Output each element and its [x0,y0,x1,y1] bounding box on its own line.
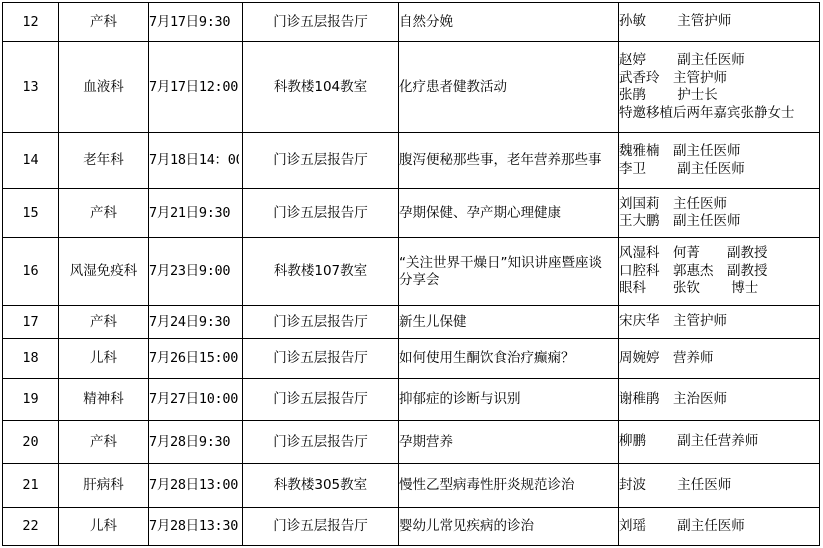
speaker-line: 武香玲 主管护师 [619,70,819,88]
cell-department-text: 产科 [90,205,117,221]
cell-time[interactable]: 7月27日10:00 [149,379,243,421]
cell-location[interactable]: 门诊五层报告厅 [243,189,399,238]
cell-number[interactable]: 19 [3,379,59,421]
table-row: 20产科7月28日9:30门诊五层报告厅孕期营养柳鹏 副主任营养师 [3,421,820,464]
cell-number-text: 15 [22,205,38,221]
cell-location-text: 门诊五层报告厅 [273,434,368,450]
cell-department[interactable]: 老年科 [59,133,149,189]
table-row: 13血液科7月17日12:00科教楼104教室化疗患者健教活动赵婷 副主任医师武… [3,42,820,133]
cell-topic[interactable]: 抑郁症的诊断与识别 [399,379,619,421]
speaker-line: 封波 主任医师 [619,477,819,495]
cell-department-text: 精神科 [83,391,124,407]
cell-department-text: 产科 [90,314,117,330]
cell-speakers[interactable]: 谢稚鹃 主治医师 [619,379,820,421]
table-row: 19精神科7月27日10:00门诊五层报告厅抑郁症的诊断与识别谢稚鹃 主治医师 [3,379,820,421]
cell-speakers[interactable]: 柳鹏 副主任营养师 [619,421,820,464]
cell-department-text: 儿科 [90,350,117,366]
cell-department-text: 血液科 [83,79,124,95]
cell-number-text: 12 [22,14,38,30]
cell-time[interactable]: 7月24日9:30 [149,306,243,339]
speaker-line: 宋庆华 主管护师 [619,313,819,331]
cell-topic[interactable]: 自然分娩 [399,3,619,42]
cell-location-text: 门诊五层报告厅 [273,314,368,330]
cell-topic[interactable]: 如何使用生酮饮食治疗癫痫？ [399,339,619,379]
cell-speakers[interactable]: 刘瑶 副主任医师 [619,508,820,546]
cell-time[interactable]: 7月17日12:00 [149,42,243,133]
table-row: 22儿科7月28日13:30门诊五层报告厅婴幼儿常见疾病的诊治刘瑶 副主任医师 [3,508,820,546]
table-row: 15产科7月21日9:30门诊五层报告厅孕期保健、孕产期心理健康刘国莉 主任医师… [3,189,820,238]
table-row: 21肝病科7月28日13:00科教楼305教室慢性乙型病毒性肝炎规范诊治封波 主… [3,464,820,508]
cell-time[interactable]: 7月28日13:00 [149,464,243,508]
cell-location-text: 门诊五层报告厅 [273,518,368,534]
cell-department[interactable]: 精神科 [59,379,149,421]
cell-time[interactable]: 7月28日13:30 [149,508,243,546]
cell-speakers[interactable]: 孙敏 主管护师 [619,3,820,42]
cell-location-text: 科教楼107教室 [274,263,367,279]
speaker-line: 眼科 张钦 博士 [619,280,819,298]
cell-location-text: 门诊五层报告厅 [273,205,368,221]
cell-topic-text: 婴幼儿常见疾病的诊治 [399,518,611,535]
cell-number[interactable]: 17 [3,306,59,339]
cell-department[interactable]: 风湿免疫科 [59,238,149,306]
cell-time-text: 7月28日13:00 [149,477,239,494]
cell-time[interactable]: 7月28日9:30 [149,421,243,464]
table-row: 17产科7月24日9:30门诊五层报告厅新生儿保健宋庆华 主管护师 [3,306,820,339]
cell-time[interactable]: 7月17日9:30 [149,3,243,42]
cell-number[interactable]: 20 [3,421,59,464]
cell-time-text: 7月24日9:30 [149,314,239,331]
speaker-line: 刘瑶 副主任医师 [619,518,819,536]
cell-department[interactable]: 产科 [59,306,149,339]
cell-department[interactable]: 产科 [59,3,149,42]
cell-location-text: 门诊五层报告厅 [273,350,368,366]
cell-number-text: 17 [22,314,38,330]
cell-topic-text: 自然分娩 [399,14,611,31]
cell-topic[interactable]: 慢性乙型病毒性肝炎规范诊治 [399,464,619,508]
speaker-line: 口腔科 郭惠杰 副教授 [619,263,819,281]
cell-time-text: 7月23日9:00 [149,263,239,280]
speaker-line: 周婉婷 营养师 [619,350,819,368]
cell-time[interactable]: 7月18日14：00 [149,133,243,189]
cell-department-text: 儿科 [90,518,117,534]
cell-number-text: 16 [22,263,38,279]
cell-location[interactable]: 科教楼107教室 [243,238,399,306]
cell-location[interactable]: 门诊五层报告厅 [243,306,399,339]
cell-time-text: 7月28日13:30 [149,518,239,535]
cell-location[interactable]: 门诊五层报告厅 [243,421,399,464]
cell-department[interactable]: 儿科 [59,508,149,546]
cell-location[interactable]: 科教楼104教室 [243,42,399,133]
cell-department-text: 产科 [90,434,117,450]
cell-topic-text: 孕期营养 [399,434,611,451]
table-row: 14老年科7月18日14：00门诊五层报告厅腹泻便秘那些事，老年营养那些事魏雅楠… [3,133,820,189]
cell-speakers[interactable]: 宋庆华 主管护师 [619,306,820,339]
speaker-line: 柳鹏 副主任营养师 [619,433,819,451]
cell-department[interactable]: 产科 [59,421,149,464]
cell-location-text: 门诊五层报告厅 [273,152,368,168]
cell-number-text: 13 [22,79,38,95]
cell-topic[interactable]: 孕期营养 [399,421,619,464]
cell-number[interactable]: 16 [3,238,59,306]
speaker-line: 风湿科 何菁 副教授 [619,245,819,263]
cell-topic-text: “关注世界干燥日”知识讲座暨座谈分享会 [399,255,611,289]
cell-time[interactable]: 7月23日9:00 [149,238,243,306]
cell-topic[interactable]: 新生儿保健 [399,306,619,339]
cell-time-text: 7月17日12:00 [149,79,239,96]
table-row: 18儿科7月26日15:00门诊五层报告厅如何使用生酮饮食治疗癫痫？周婉婷 营养… [3,339,820,379]
cell-number[interactable]: 12 [3,3,59,42]
cell-location[interactable]: 门诊五层报告厅 [243,379,399,421]
cell-number[interactable]: 13 [3,42,59,133]
cell-number[interactable]: 15 [3,189,59,238]
cell-time-text: 7月21日9:30 [149,205,239,222]
cell-speakers[interactable]: 风湿科 何菁 副教授口腔科 郭惠杰 副教授眼科 张钦 博士 [619,238,820,306]
cell-number[interactable]: 14 [3,133,59,189]
cell-topic[interactable]: 化疗患者健教活动 [399,42,619,133]
cell-topic-text: 腹泻便秘那些事，老年营养那些事 [399,152,611,169]
cell-department-text: 产科 [90,14,117,30]
cell-speakers[interactable]: 魏雅楠 副主任医师李卫 副主任医师 [619,133,820,189]
cell-number-text: 14 [22,152,38,168]
cell-time-text: 7月27日10:00 [149,391,239,408]
cell-time-text: 7月26日15:00 [149,350,239,367]
cell-department[interactable]: 产科 [59,189,149,238]
cell-number[interactable]: 21 [3,464,59,508]
cell-department[interactable]: 儿科 [59,339,149,379]
table-row: 12产科7月17日9:30门诊五层报告厅自然分娩孙敏 主管护师 [3,3,820,42]
cell-number[interactable]: 22 [3,508,59,546]
cell-time-text: 7月18日14：00 [149,152,239,169]
cell-topic[interactable]: “关注世界干燥日”知识讲座暨座谈分享会 [399,238,619,306]
cell-speakers[interactable]: 封波 主任医师 [619,464,820,508]
cell-speakers[interactable]: 赵婷 副主任医师武香玲 主管护师张鹃 护士长特邀移植后两年嘉宾张静女士 [619,42,820,133]
cell-topic[interactable]: 腹泻便秘那些事，老年营养那些事 [399,133,619,189]
cell-time-text: 7月17日9:30 [149,14,239,31]
cell-location-text: 科教楼305教室 [274,477,367,493]
cell-topic[interactable]: 孕期保健、孕产期心理健康 [399,189,619,238]
cell-location-text: 门诊五层报告厅 [273,391,368,407]
cell-location-text: 门诊五层报告厅 [273,14,368,30]
cell-location[interactable]: 门诊五层报告厅 [243,339,399,379]
cell-speakers[interactable]: 周婉婷 营养师 [619,339,820,379]
cell-time[interactable]: 7月21日9:30 [149,189,243,238]
table-row: 16风湿免疫科7月23日9:00科教楼107教室“关注世界干燥日”知识讲座暨座谈… [3,238,820,306]
cell-location[interactable]: 门诊五层报告厅 [243,133,399,189]
cell-topic-text: 慢性乙型病毒性肝炎规范诊治 [399,477,611,494]
cell-location-text: 科教楼104教室 [274,79,367,95]
speaker-line: 孙敏 主管护师 [619,13,819,31]
cell-location[interactable]: 科教楼305教室 [243,464,399,508]
speaker-line: 刘国莉 主任医师 [619,196,819,214]
speaker-line: 赵婷 副主任医师 [619,52,819,70]
cell-topic-text: 抑郁症的诊断与识别 [399,391,611,408]
cell-number-text: 18 [22,350,38,366]
speaker-line: 张鹃 护士长 [619,87,819,105]
cell-location[interactable]: 门诊五层报告厅 [243,3,399,42]
cell-number[interactable]: 18 [3,339,59,379]
cell-department-text: 肝病科 [83,477,124,493]
cell-topic-text: 新生儿保健 [399,314,611,331]
cell-topic-text: 如何使用生酮饮食治疗癫痫？ [399,350,611,367]
cell-location[interactable]: 门诊五层报告厅 [243,508,399,546]
cell-topic-text: 化疗患者健教活动 [399,79,611,96]
speaker-line: 谢稚鹃 主治医师 [619,391,819,409]
cell-topic-text: 孕期保健、孕产期心理健康 [399,205,611,222]
speaker-line: 王大鹏 副主任医师 [619,213,819,231]
cell-number-text: 20 [22,434,38,450]
speaker-line: 特邀移植后两年嘉宾张静女士 [619,105,819,123]
cell-topic[interactable]: 婴幼儿常见疾病的诊治 [399,508,619,546]
speaker-line: 李卫 副主任医师 [619,161,819,179]
cell-number-text: 21 [22,477,38,493]
cell-time-text: 7月28日9:30 [149,434,239,451]
cell-time[interactable]: 7月26日15:00 [149,339,243,379]
cell-department[interactable]: 肝病科 [59,464,149,508]
cell-number-text: 22 [22,518,38,534]
cell-department[interactable]: 血液科 [59,42,149,133]
cell-speakers[interactable]: 刘国莉 主任医师王大鹏 副主任医师 [619,189,820,238]
cell-department-text: 风湿免疫科 [70,263,138,279]
schedule-table: 12产科7月17日9:30门诊五层报告厅自然分娩孙敏 主管护师13血液科7月17… [2,2,820,546]
cell-department-text: 老年科 [83,152,124,168]
speaker-line: 魏雅楠 副主任医师 [619,143,819,161]
cell-number-text: 19 [22,391,38,407]
